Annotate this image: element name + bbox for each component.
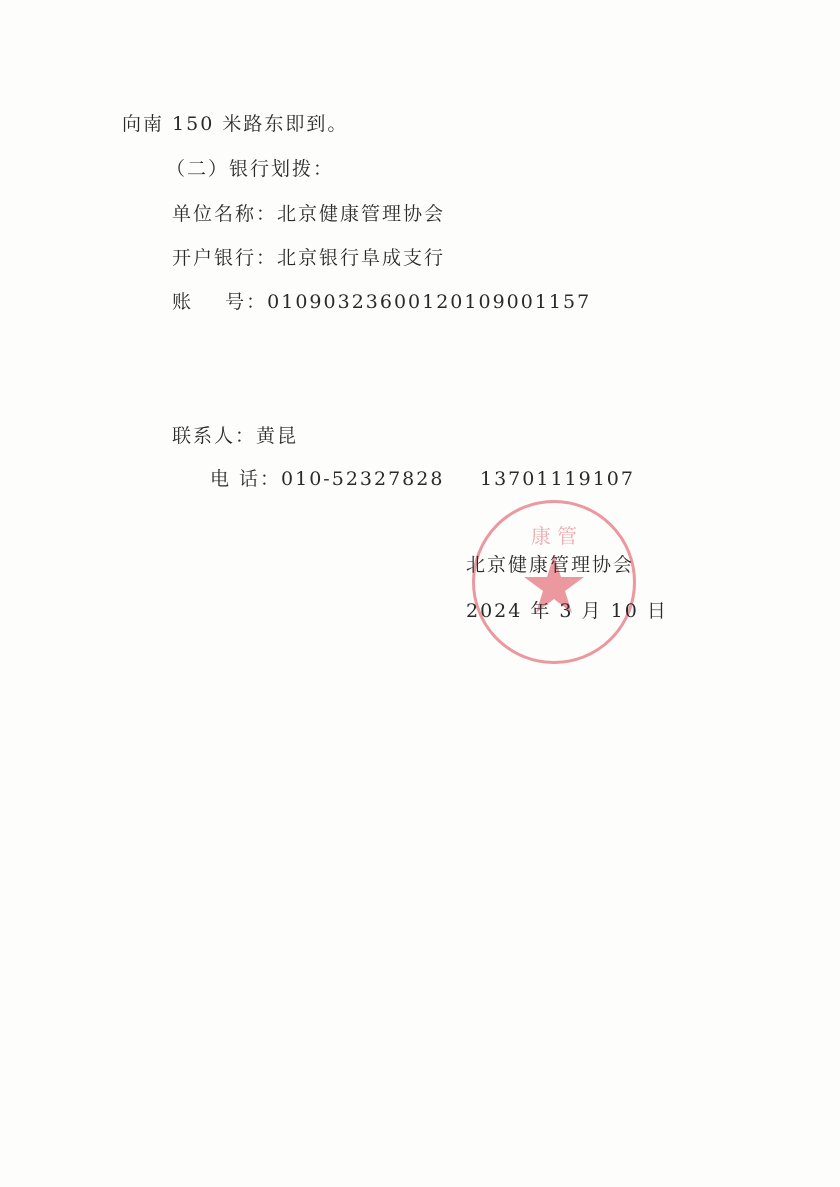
section-bank-transfer: （二）银行划拨： [166,157,334,181]
signature-date: 2024 年 3 月 10 日 [466,599,668,623]
star-icon: 康 管 [475,503,633,661]
phone-number: 电 话：010-52327828 [210,467,444,491]
signature-org: 北京健康管理协会 [466,553,634,577]
unit-name: 单位名称：北京健康管理协会 [172,202,445,226]
official-seal: 康 管 [472,500,636,664]
svg-text:康 管: 康 管 [531,524,577,548]
directions-tail: 向南 150 米路东即到。 [122,112,348,136]
contact-person: 联系人：黄昆 [172,424,298,448]
account-number: 账 号：01090323600120109001157 [172,290,591,314]
bank-name: 开户银行：北京银行阜成支行 [172,246,445,270]
mobile-number: 13701119107 [480,467,635,491]
